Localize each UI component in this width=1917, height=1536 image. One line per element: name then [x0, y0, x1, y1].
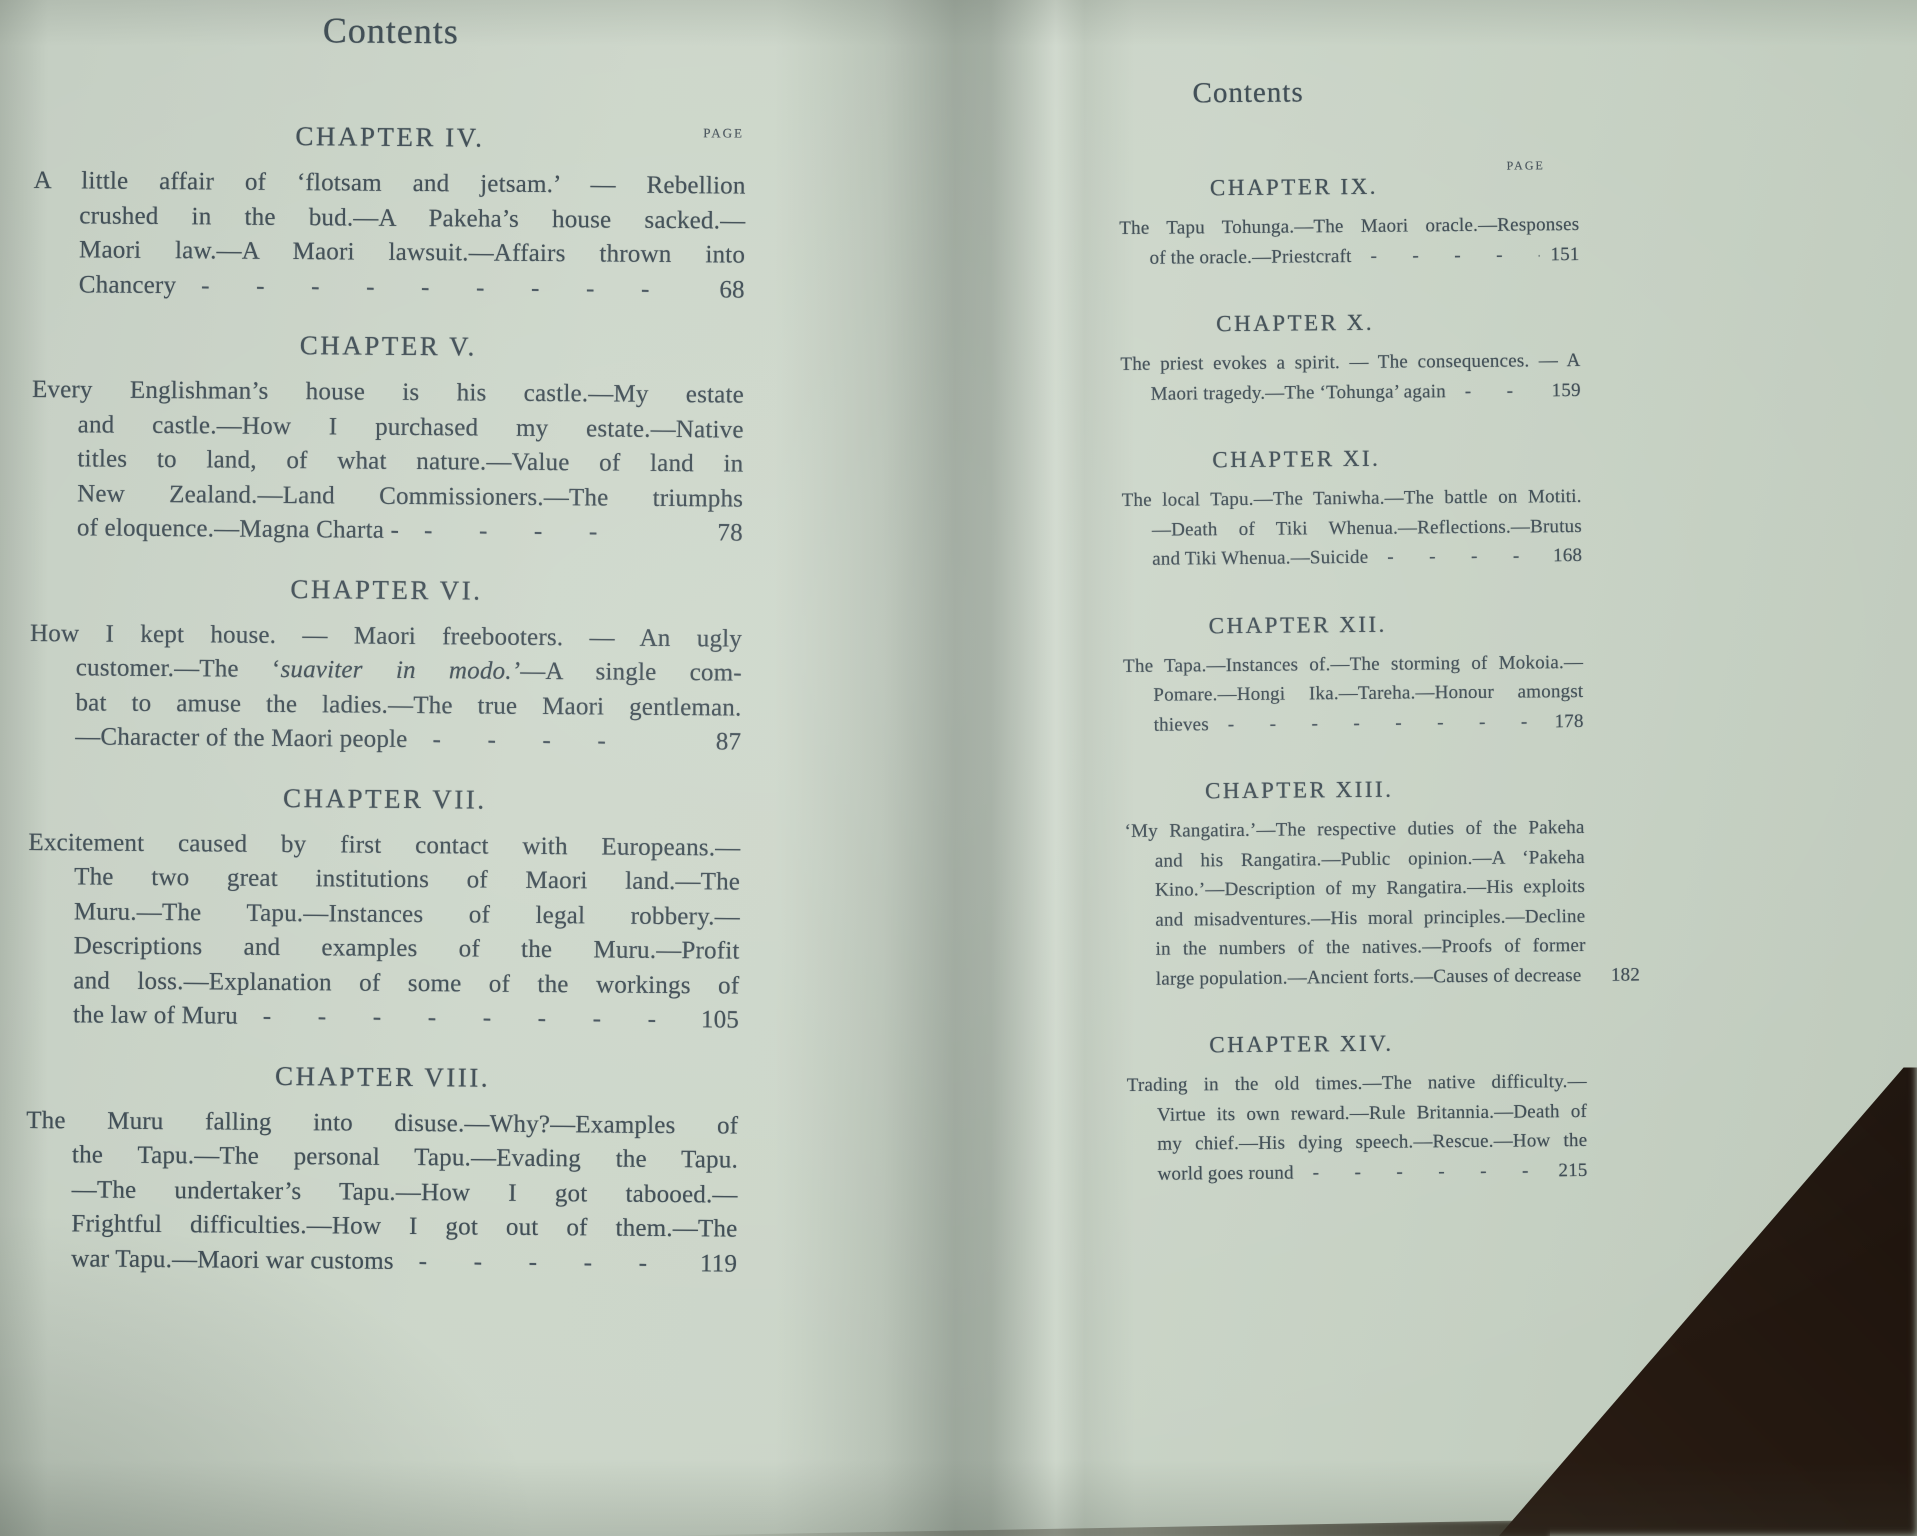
chapter-summary-text: —Character of the Maori people — [75, 720, 408, 757]
chapter-summary-text: of the oracle.—Priestcraft — [1149, 241, 1351, 272]
chapter-summary-line: The Tapa.—Instances of.—The storming of … — [1123, 647, 1583, 681]
chapter-summary-text: and Tiki Whenua.—Suicide — [1152, 543, 1368, 574]
chapter-summary-text: large population.—Ancient forts.—Causes … — [1156, 960, 1582, 993]
chapter-summary-line: customer.—The ‘suaviter in modo.’—A sing… — [30, 651, 742, 691]
chapter-summary-line: The local Tapu.—The Taniwha.—The battle … — [1122, 482, 1582, 516]
chapter-summary-text: world goes round — [1157, 1158, 1293, 1189]
left-page: Contents PAGE CHAPTER IV.A little affair… — [25, 8, 747, 1282]
right-chapter-list: CHAPTER IX.The Tapu Tohunga.—The Maori o… — [1119, 171, 1588, 1189]
book-bottom-edge-shadow — [650, 1520, 1550, 1536]
chapter-summary-text: of eloquence.—Magna Charta - — [77, 511, 399, 548]
chapter-title: CHAPTER VI. — [30, 571, 742, 608]
chapter-summary-line: New Zealand.—Land Commissioners.—The tri… — [31, 476, 743, 516]
chapter-summary-line: bat to amuse the ladies.—The true Maori … — [29, 685, 741, 725]
chapter-title: CHAPTER X. — [1065, 307, 1525, 338]
chapter-summary-line: Descriptions and examples of the Muru.—P… — [27, 929, 739, 969]
chapter-summary-line: The Tapu Tohunga.—The Maori oracle.—Resp… — [1119, 210, 1579, 244]
chapter-summary-last-line: —Character of the Maori people- - - -87 — [29, 720, 741, 760]
chapter-summary-last-line: Chancery- - - - - - - - -68 — [33, 267, 745, 307]
left-chapter-list: CHAPTER IV.A little affair of ‘flotsam a… — [25, 119, 746, 1282]
chapter-entry: CHAPTER VIII.The Muru falling into disus… — [25, 1058, 739, 1281]
chapter-summary-text: the law of Muru — [73, 998, 238, 1034]
chapter-summary-line: The two great institutions of Maori land… — [28, 860, 740, 900]
chapter-summary-line: Maori law.—A Maori lawsuit.—Affairs thro… — [33, 233, 745, 273]
chapter-summary-last-line: and Tiki Whenua.—Suicide- - - - - -168 — [1122, 541, 1582, 575]
chapter-title: CHAPTER V. — [32, 328, 744, 365]
page-number: 119 — [686, 1247, 737, 1282]
chapter-summary-line: titles to land, of what nature.—Value of… — [31, 442, 743, 482]
right-page-title: Contents — [1018, 75, 1478, 112]
chapter-title: CHAPTER XI. — [1066, 443, 1526, 474]
chapter-entry: CHAPTER X.The priest evokes a spirit. — … — [1120, 307, 1581, 409]
dash-leaders: - - - - - - - - - - — [1209, 707, 1544, 739]
chapter-summary-line: Trading in the old times.—The native dif… — [1127, 1067, 1587, 1101]
chapter-summary-line: —Death of Tiki Whenua.—Reflections.—Brut… — [1122, 511, 1582, 545]
chapter-summary-line: and loss.—Explanation of some of the wor… — [27, 963, 739, 1003]
chapter-title: CHAPTER XIII. — [1069, 774, 1529, 805]
chapter-summary-line: A little affair of ‘flotsam and jetsam.’… — [34, 164, 746, 204]
page-number: 168 — [1543, 541, 1583, 571]
chapter-summary-text: Maori tragedy.—The ‘Tohunga’ again — [1151, 377, 1446, 409]
gutter-shadow — [775, 0, 1135, 1536]
chapter-entry: CHAPTER IX.The Tapu Tohunga.—The Maori o… — [1119, 171, 1580, 273]
right-page: Contents PAGE CHAPTER IX.The Tapu Tohung… — [1118, 74, 1588, 1189]
chapter-summary-line: and his Rangatira.—Public opinion.—A ‘Pa… — [1125, 842, 1585, 876]
chapter-summary-last-line: world goes round- - - - - - -215 — [1127, 1155, 1587, 1189]
chapter-summary-last-line: thieves- - - - - - - - - -178 — [1124, 706, 1584, 740]
chapter-entry: CHAPTER V.Every Englishman’s house is hi… — [31, 328, 745, 551]
chapter-summary-text: Chancery — [79, 268, 177, 303]
chapter-title: CHAPTER XIV. — [1071, 1028, 1531, 1059]
chapter-entry: CHAPTER VII.Excitement caused by first c… — [27, 780, 741, 1038]
chapter-summary-line: and misadventures.—His moral principles.… — [1125, 901, 1585, 935]
page-number: 182 — [1600, 960, 1640, 990]
chapter-summary-last-line: Maori tragedy.—The ‘Tohunga’ again- - -1… — [1121, 375, 1581, 409]
chapter-summary-last-line: the law of Muru- - - - - - - -105 — [27, 998, 739, 1038]
dash-leaders: - - - - - — [1351, 240, 1540, 271]
dash-leaders: - - - - - - - — [1294, 1156, 1549, 1188]
chapter-summary-line: Kino.’—Description of my Rangatira.—His … — [1125, 872, 1585, 906]
page-number: 87 — [702, 725, 741, 760]
page-number: 178 — [1544, 706, 1584, 736]
chapter-entry: CHAPTER XI.The local Tapu.—The Taniwha.—… — [1121, 443, 1582, 575]
chapter-summary-last-line: of eloquence.—Magna Charta -- - - -78 — [31, 511, 743, 551]
chapter-summary-line: my chief.—His dying speech.—Rescue.—How … — [1127, 1126, 1587, 1160]
chapter-title: CHAPTER IX. — [1064, 171, 1524, 202]
chapter-summary-line: —The undertaker’s Tapu.—How I got tabooe… — [26, 1172, 738, 1212]
chapter-summary-line: Frightful difficulties.—How I got out of… — [25, 1207, 737, 1247]
chapter-summary-line: Pomare.—Hongi Ika.—Tareha.—Honour amongs… — [1123, 677, 1583, 711]
open-book-photo: Contents PAGE CHAPTER IV.A little affair… — [0, 0, 1917, 1536]
dash-leaders: - - - - - - - - - — [176, 269, 706, 308]
chapter-title: CHAPTER IV. — [34, 119, 746, 156]
dash-leaders: - - - - - — [394, 1244, 687, 1281]
chapter-summary-line: Muru.—The Tapu.—Instances of legal robbe… — [28, 894, 740, 934]
chapter-summary-line: Excitement caused by first contact with … — [28, 825, 740, 865]
chapter-summary-line: The Muru falling into disuse.—Why?—Examp… — [26, 1103, 738, 1143]
chapter-summary-line: crushed in the bud.—A Pakeha’s house sac… — [33, 198, 745, 238]
chapter-summary-text: war Tapu.—Maori war customs — [71, 1242, 394, 1279]
chapter-summary-line: in the numbers of the natives.—Proofs of… — [1125, 931, 1585, 965]
chapter-title: CHAPTER VIII. — [27, 1058, 739, 1095]
dash-leaders: - - - - - - - - — [238, 1000, 688, 1038]
chapter-summary-last-line: large population.—Ancient forts.—Causes … — [1126, 960, 1586, 994]
dash-leaders: - - - — [1446, 376, 1542, 406]
page-number: 68 — [706, 273, 745, 308]
chapter-summary-line: How I kept house. — Maori freebooters. —… — [30, 616, 742, 656]
chapter-summary-text: thieves — [1154, 710, 1209, 740]
chapter-summary-line: and castle.—How I purchased my estate.—N… — [32, 407, 744, 447]
page-number: 105 — [687, 1003, 739, 1038]
page-number: 151 — [1540, 239, 1580, 269]
chapter-summary-line: Virtue its own reward.—Rule Britannia.—D… — [1127, 1096, 1587, 1130]
dash-leaders: - - - - - - — [1368, 541, 1543, 572]
chapter-summary-last-line: of the oracle.—Priestcraft- - - - -151 — [1119, 239, 1579, 273]
page-number: 215 — [1548, 1155, 1588, 1185]
chapter-summary-line: Every Englishman’s house is his castle.—… — [32, 373, 744, 413]
page-number: 78 — [704, 516, 743, 551]
dash-leaders: - - - - — [399, 514, 704, 551]
chapter-entry: CHAPTER XII.The Tapa.—Instances of.—The … — [1123, 608, 1584, 740]
page-number: 159 — [1541, 375, 1581, 405]
chapter-title: CHAPTER XII. — [1068, 609, 1528, 640]
chapter-title: CHAPTER VII. — [29, 780, 741, 817]
chapter-summary-line: the Tapu.—The personal Tapu.—Evading the… — [26, 1138, 738, 1178]
chapter-entry: CHAPTER XIII.‘My Rangatira.’—The respect… — [1124, 774, 1586, 994]
left-page-title: Contents — [35, 8, 747, 55]
chapter-summary-line: ‘My Rangatira.’—The respective duties of… — [1124, 813, 1584, 847]
dash-leaders: - - - - — [407, 723, 702, 760]
chapter-entry: CHAPTER VI.How I kept house. — Maori fre… — [29, 571, 742, 760]
chapter-entry: CHAPTER XIV.Trading in the old times.—Th… — [1126, 1028, 1587, 1189]
chapter-summary-line: The priest evokes a spirit. — The conseq… — [1120, 346, 1580, 380]
chapter-entry: CHAPTER IV.A little affair of ‘flotsam a… — [33, 119, 746, 308]
chapter-summary-last-line: war Tapu.—Maori war customs- - - - -119 — [25, 1241, 737, 1281]
